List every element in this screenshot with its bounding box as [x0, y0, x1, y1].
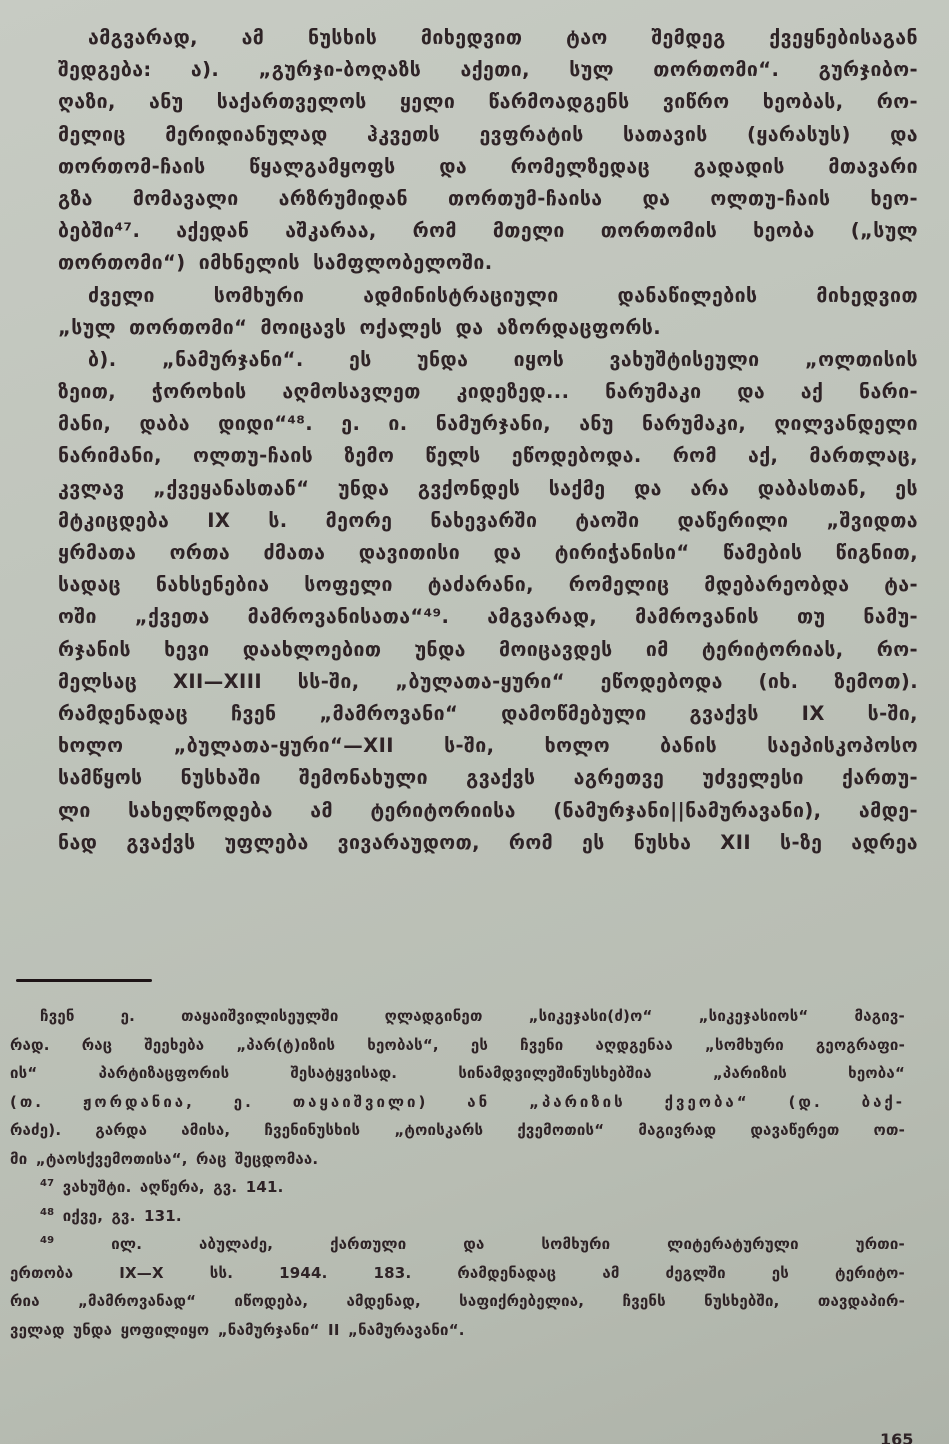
footnote-line: ველად უნდა ყოფილიყო „ნამურჯანი“ II „ნამუ…	[10, 1316, 905, 1345]
main-text-block: ამგვარად, ამ ნუსხის მიხედვით ტაო შემდეგ …	[58, 22, 918, 859]
footnote-47: 47 ვახუშტი. აღწერა, გვ. 141.	[10, 1173, 905, 1202]
text-line: ძველი სომხური ადმინისტრაციული დანაწილები…	[58, 280, 918, 312]
footnote-number: 48	[40, 1207, 54, 1218]
footnote-text: ვახუშტი. აღწერა, გვ. 141.	[63, 1178, 284, 1196]
text-line: ზეით, ჭოროხის აღმოსავლეთ კიდეზედ... ნარუ…	[58, 376, 918, 408]
footnote-separator	[16, 979, 152, 982]
footnote-line: ის“ პარტიზაცფორის შესატყვისად. სინამდვილ…	[10, 1059, 905, 1088]
text-line: ნარიმანი, ოლთუ-ჩაის ზემო წელს ეწოდებოდა.…	[58, 440, 918, 472]
text-line: ღაზი, ანუ საქართველოს ყელი წარმოადგენს ვ…	[58, 86, 918, 118]
text-line: სადაც ნახსენებია სოფელი ტაძარანი, რომელი…	[58, 569, 918, 601]
text-line: ოში „ქვეთა მამროვანისათა“⁴⁹. ამგვარად, მ…	[58, 601, 918, 633]
text-line: ლი სახელწოდება ამ ტერიტორიისა (ნამურჯანი…	[58, 795, 918, 827]
footnote-number: 49	[40, 1235, 54, 1246]
footnote-text: იქვე, გვ. 131.	[63, 1207, 182, 1225]
text-line: ნად გვაქვს უფლება ვივარაუდოთ, რომ ეს ნუს…	[58, 827, 918, 859]
text-line: ხოლო „ბულათა-ყური“—XII ს-ში, ხოლო ბანის …	[58, 730, 918, 762]
text-line: „სულ თორთომი“ მოიცავს ოქალეს და აზორდაცფ…	[58, 312, 918, 344]
text-line: შედგება: ა). „გურჯი-ბოღაზს აქეთი, სულ თო…	[58, 54, 918, 86]
footnote-line: რია „მამროვანად“ იწოდება, ამდენად, საფიქ…	[10, 1287, 905, 1316]
text-line: რჯანის ხევი დაახლოებით უნდა მოიცავდეს იმ…	[58, 634, 918, 666]
text-line: მანი, დაბა დიდი“⁴⁸. ე. ი. ნამურჯანი, ანუ…	[58, 408, 918, 440]
text-line: ბებში⁴⁷. აქედან აშკარაა, რომ მთელი თორთო…	[58, 215, 918, 247]
text-line: გზა მომავალი არზრუმიდან თორთუმ-ჩაისა და …	[58, 183, 918, 215]
text-line: მტკიცდება IX ს. მეორე ნახევარში ტაოში და…	[58, 505, 918, 537]
text-line: თორთომი“) იმხნელის სამფლობელოში.	[58, 247, 918, 279]
text-line: სამწყოს ნუსხაში შემონახული გვაქვს აგრეთვ…	[58, 762, 918, 794]
text-line: ყრმათა ორთა ძმათა დავითისი და ტირიჭანისი…	[58, 537, 918, 569]
footnote-line: მი „ტაოსქვემოთისა“, რაც შეცდომაა.	[10, 1145, 905, 1174]
footnote-text: ილ. აბულაძე, ქართული და სომხური ლიტერატუ…	[111, 1235, 905, 1253]
book-page: ამგვარად, ამ ნუსხის მიხედვით ტაო შემდეგ …	[0, 0, 949, 1444]
footnote-48: 48 იქვე, გვ. 131.	[10, 1202, 905, 1231]
footnote-line: ჩვენ ე. თაყაიშვილისეულში ღლადგინეთ „სიკე…	[10, 1002, 905, 1031]
footnote-line: (თ. ჟორდანია, ე. თაყაიშვილი) ან „პარიზის…	[10, 1088, 905, 1117]
text-line: ბ). „ნამურჯანი“. ეს უნდა იყოს ვახუშტისეუ…	[58, 344, 918, 376]
text-line: ამგვარად, ამ ნუსხის მიხედვით ტაო შემდეგ …	[58, 22, 918, 54]
text-line: თორთომ-ჩაის წყალგამყოფს და რომელზედაც გა…	[58, 151, 918, 183]
footnote-line: ერთობა IX—X სს. 1944. 183. რამდენადაც ამ…	[10, 1259, 905, 1288]
text-line: მელსაც XII—XIII სს-ში, „ბულათა-ყური“ ეწო…	[58, 666, 918, 698]
footnote-49: 49 ილ. აბულაძე, ქართული და სომხური ლიტერ…	[10, 1230, 905, 1259]
text-line: კვლავ „ქვეყანასთან“ უნდა გვქონდეს საქმე …	[58, 473, 918, 505]
text-line: მელიც მერიდიანულად ჰკვეთს ევფრატის სათავ…	[58, 119, 918, 151]
page-number: 165	[880, 1430, 913, 1444]
footnotes-block: ჩვენ ე. თაყაიშვილისეულში ღლადგინეთ „სიკე…	[10, 1002, 905, 1344]
footnote-number: 47	[40, 1178, 54, 1189]
text-line: რამდენადაც ჩვენ „მამროვანი“ დამოწმებული …	[58, 698, 918, 730]
footnote-line: რად. რაც შეეხება „პარ(ტ)იზის ხეობას“, ეს…	[10, 1031, 905, 1060]
footnote-line: რაძე). გარდა ამისა, ჩვენინუსხის „ტოისკარ…	[10, 1116, 905, 1145]
